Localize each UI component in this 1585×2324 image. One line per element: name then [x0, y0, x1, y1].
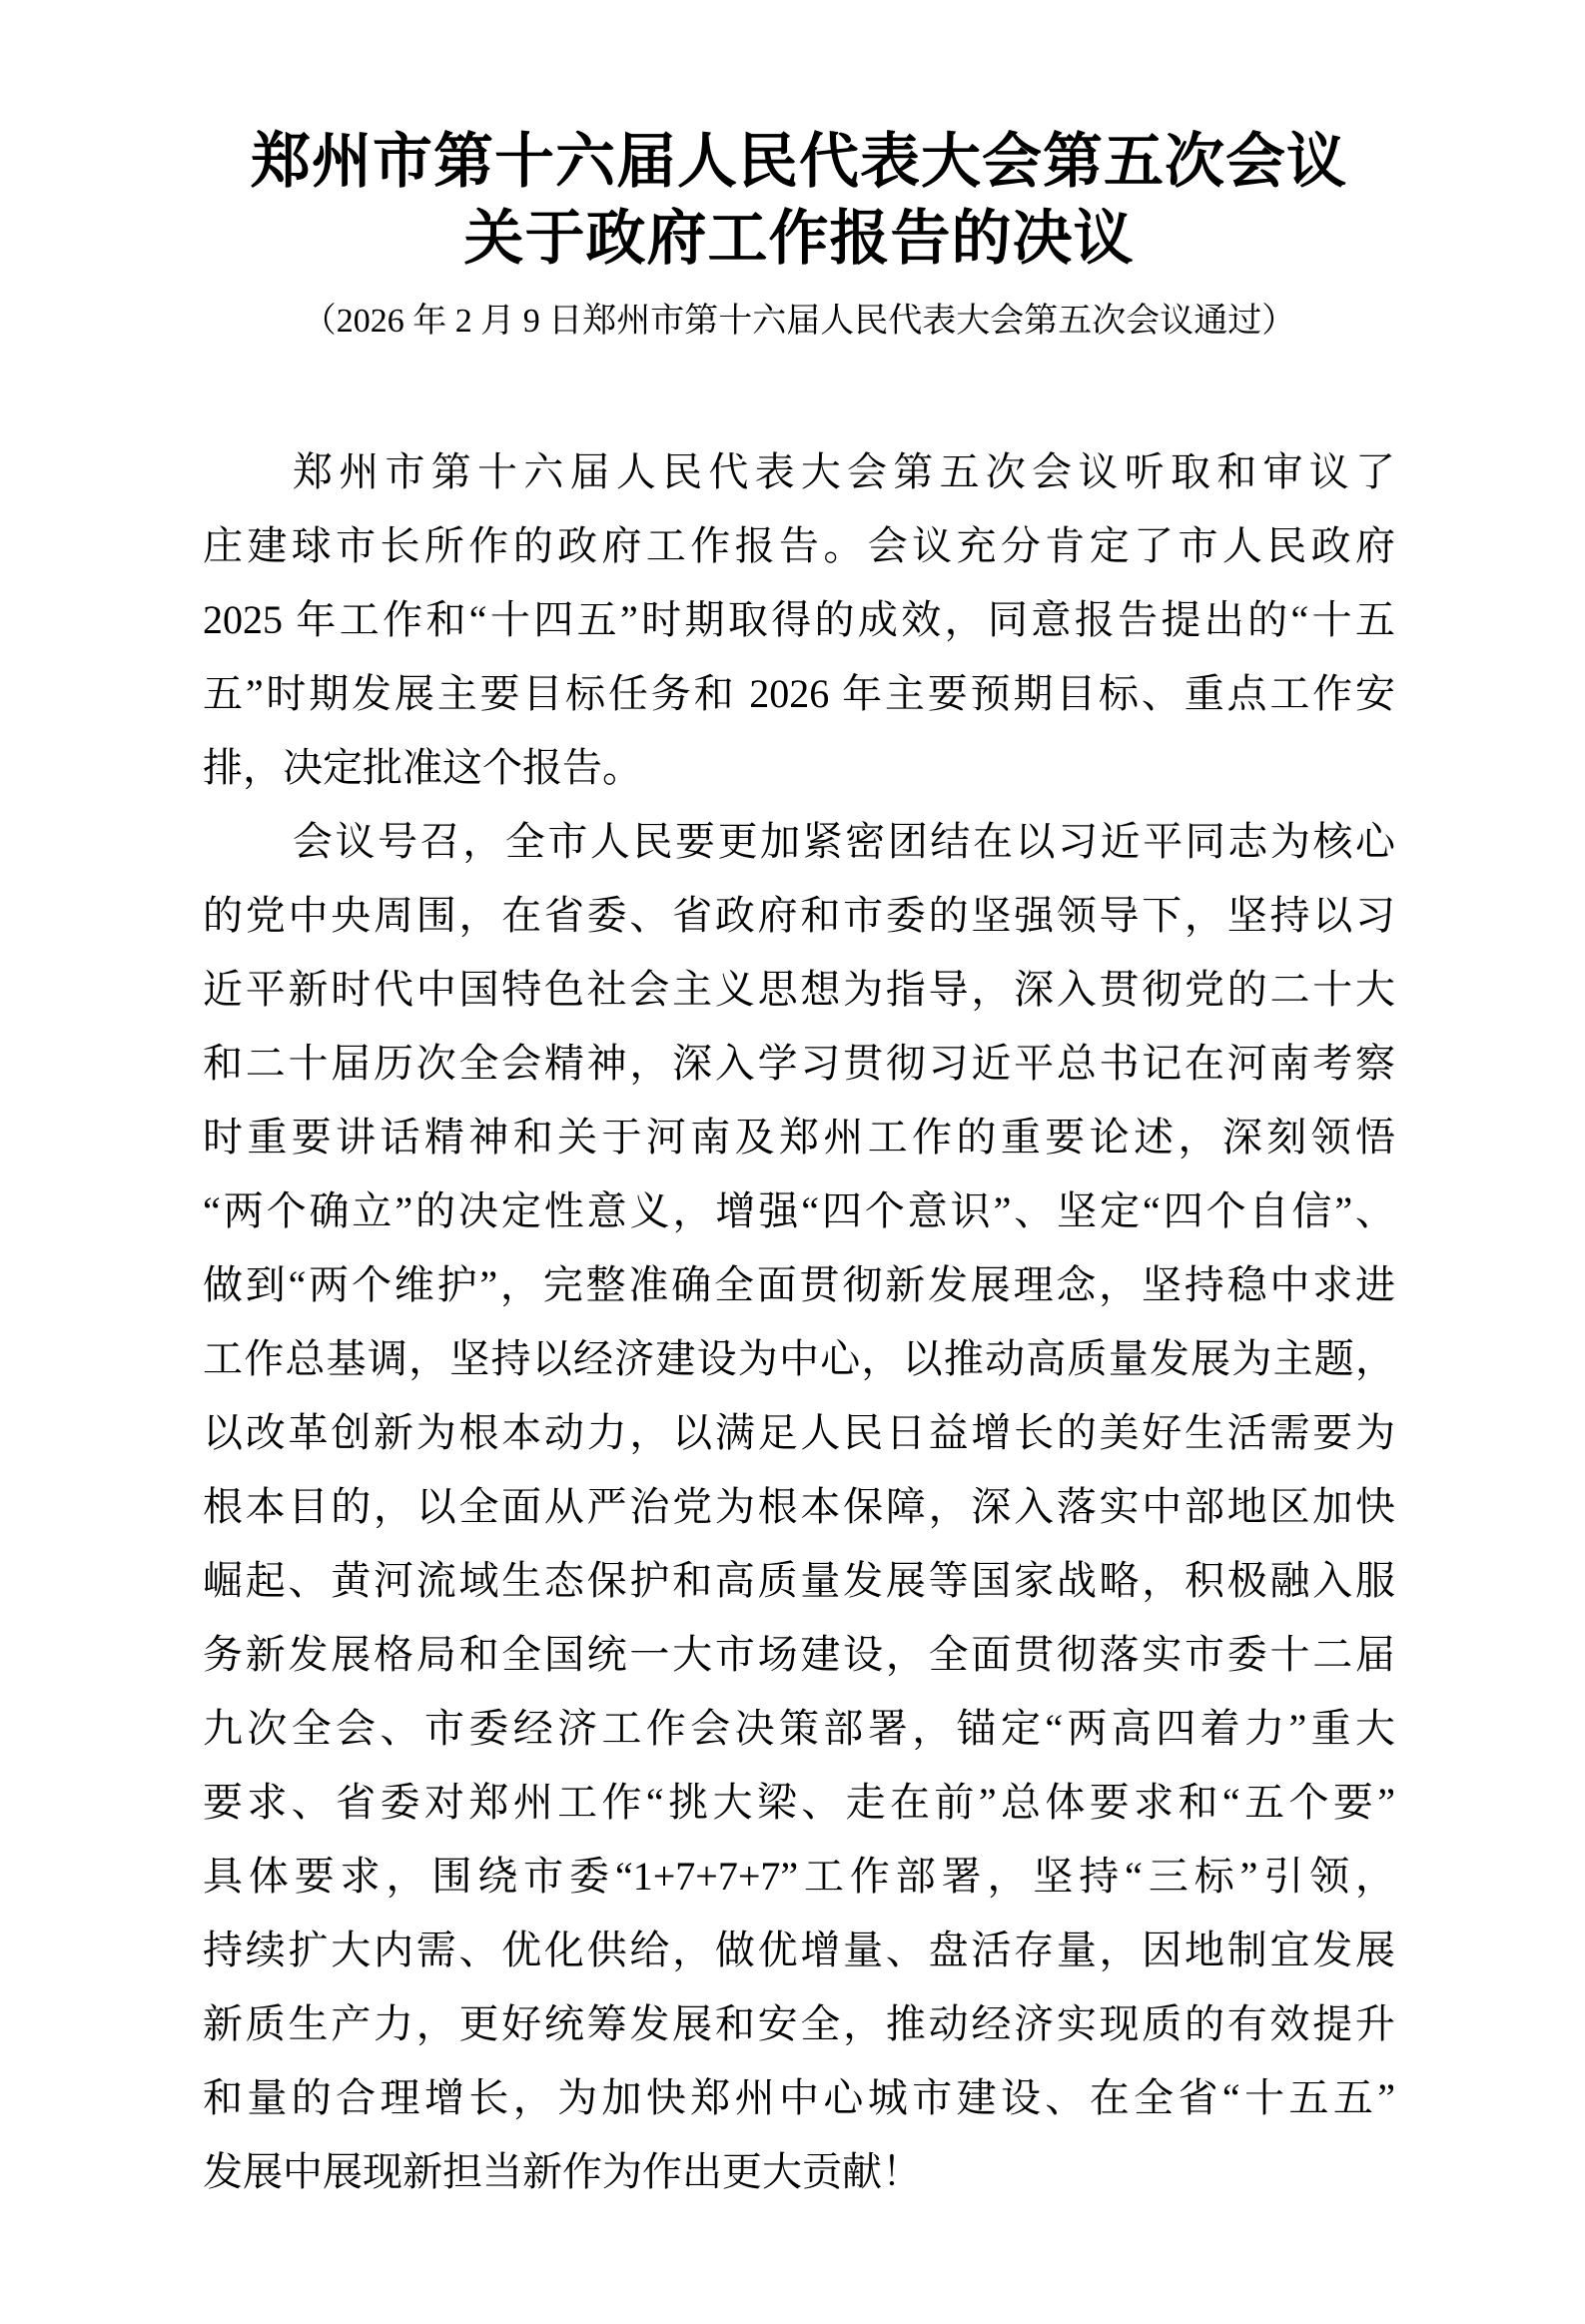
body-line: 发展中展现新担当新作为作出更大贡献！: [203, 2135, 1395, 2209]
body-line: 务新发展格局和全国统一大市场建设，全面贯彻落实市委十二届: [203, 1618, 1395, 1692]
document-title-line-1: 郑州市第十六届人民代表大会第五次会议: [203, 124, 1395, 201]
document-page: 郑州市第十六届人民代表大会第五次会议 关于政府工作报告的决议 （2026 年 2…: [0, 0, 1585, 2324]
document-body: 郑州市第十六届人民代表大会第五次会议听取和审议了庄建球市长所作的政府工作报告。会…: [203, 435, 1395, 2209]
body-line: 新质生产力，更好统筹发展和安全，推动经济实现质的有效提升: [203, 1987, 1395, 2061]
body-line: 持续扩大内需、优化供给，做优增量、盘活存量，因地制宜发展: [203, 1914, 1395, 1987]
body-line: 九次全会、市委经济工作会决策部署，锚定“两高四着力”重大: [203, 1692, 1395, 1766]
body-line: 庄建球市长所作的政府工作报告。会议充分肯定了市人民政府: [203, 509, 1395, 583]
body-line: 时重要讲话精神和关于河南及郑州工作的重要论述，深刻领悟: [203, 1101, 1395, 1174]
body-line: 2025 年工作和“十四五”时期取得的成效，同意报告提出的“十五: [203, 583, 1395, 657]
body-line: 工作总基调，坚持以经济建设为中心，以推动高质量发展为主题，: [203, 1322, 1395, 1396]
body-line: 要求、省委对郑州工作“挑大梁、走在前”总体要求和“五个要”: [203, 1766, 1395, 1840]
body-line: 以改革创新为根本动力，以满足人民日益增长的美好生活需要为: [203, 1396, 1395, 1470]
body-line: 近平新时代中国特色社会主义思想为指导，深入贯彻党的二十大: [203, 953, 1395, 1027]
document-title-line-2: 关于政府工作报告的决议: [203, 201, 1395, 278]
body-line: 和量的合理增长，为加快郑州中心城市建设、在全省“十五五”: [203, 2061, 1395, 2135]
body-line: 会议号召，全市人民要更加紧密团结在以习近平同志为核心: [203, 805, 1395, 879]
body-line: 五”时期发展主要目标任务和 2026 年主要预期目标、重点工作安: [203, 657, 1395, 731]
body-line: 郑州市第十六届人民代表大会第五次会议听取和审议了: [203, 435, 1395, 509]
body-line: 排，决定批准这个报告。: [203, 731, 1395, 805]
document-title: 郑州市第十六届人民代表大会第五次会议 关于政府工作报告的决议: [203, 124, 1395, 278]
body-line: “两个确立”的决定性意义，增强“四个意识”、坚定“四个自信”、: [203, 1174, 1395, 1248]
body-line: 具体要求，围绕市委“1+7+7+7”工作部署，坚持“三标”引领，: [203, 1840, 1395, 1914]
body-line: 和二十届历次全会精神，深入学习贯彻习近平总书记在河南考察: [203, 1027, 1395, 1101]
body-line: 的党中央周围，在省委、省政府和市委的坚强领导下，坚持以习: [203, 879, 1395, 953]
document-content: 郑州市第十六届人民代表大会第五次会议 关于政府工作报告的决议 （2026 年 2…: [203, 0, 1395, 2209]
body-line: 做到“两个维护”，完整准确全面贯彻新发展理念，坚持稳中求进: [203, 1248, 1395, 1322]
body-line: 根本目的，以全面从严治党为根本保障，深入落实中部地区加快: [203, 1470, 1395, 1544]
document-subtitle: （2026 年 2 月 9 日郑州市第十六届人民代表大会第五次会议通过）: [203, 298, 1395, 346]
body-line: 崛起、黄河流域生态保护和高质量发展等国家战略，积极融入服: [203, 1544, 1395, 1618]
